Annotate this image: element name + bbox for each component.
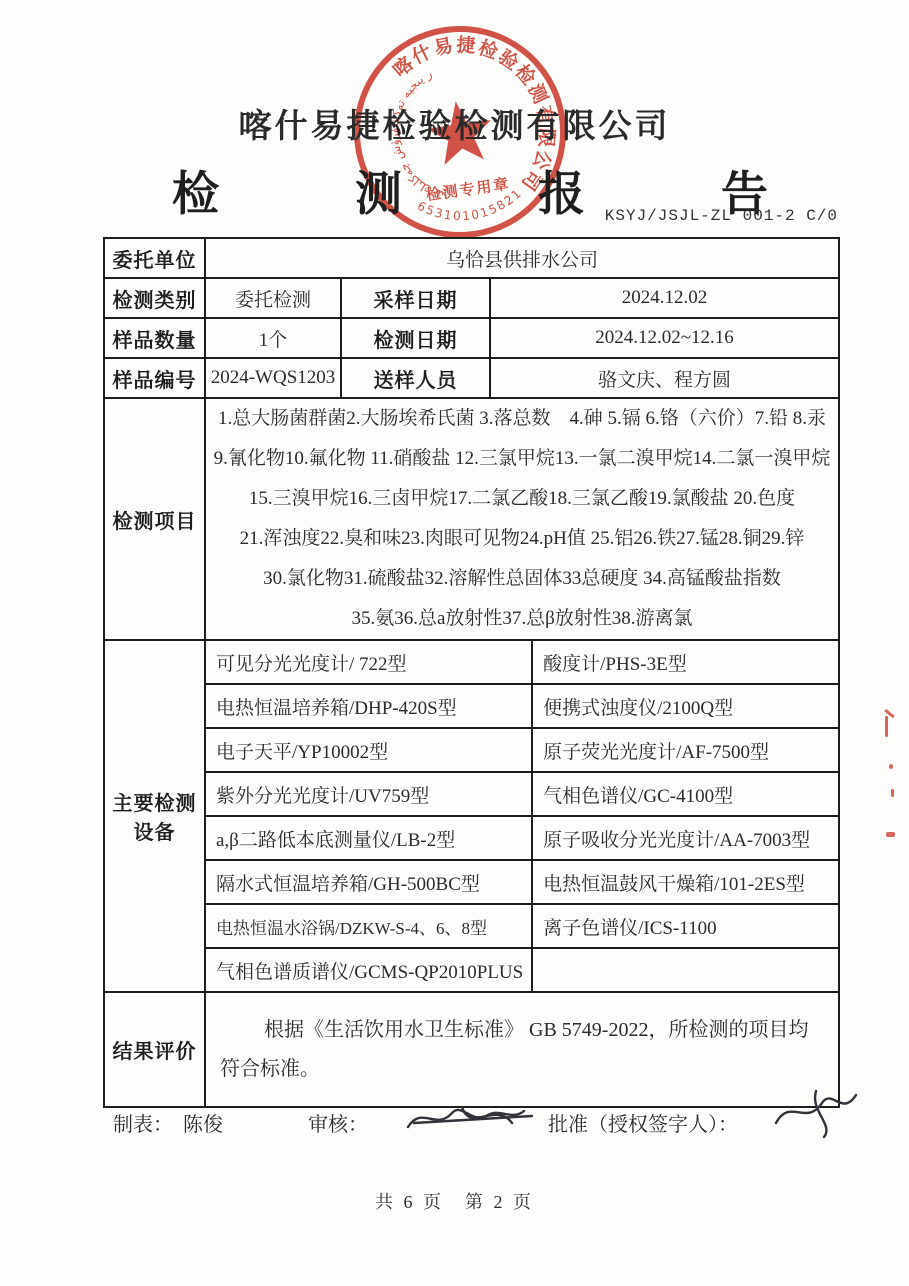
result-row: 结果评价 根据《生活饮用水卫生标准》 GB 5749-2022，所检测的项目均符…: [104, 992, 839, 1107]
sample-sender-label: 送样人员: [341, 358, 490, 398]
test-items-line: 1.总大肠菌群菌2.大肠埃希氏菌 3.落总数 4.砷 5.镉 6.铬（六价）7.…: [206, 399, 838, 439]
result-label: 结果评价: [104, 992, 205, 1107]
equipment-item: 原子吸收分光光度计/AA-7003型: [532, 816, 838, 860]
equipment-item-row: 电子天平/YP10002型 原子荧光光度计/AF-7500型: [206, 728, 838, 772]
table-row: 检测类别 委托检测 采样日期 2024.12.02: [104, 278, 839, 318]
equipment-item: 可见分光光度计/ 722型: [206, 641, 532, 684]
sample-qty-value: 1个: [205, 318, 341, 358]
test-date-label: 检测日期: [341, 318, 490, 358]
stamp-fragment: [889, 764, 893, 769]
equipment-item-row: 紫外分光光度计/UV759型 气相色谱仪/GC-4100型: [206, 772, 838, 816]
test-date-value: 2024.12.02~12.16: [490, 318, 839, 358]
result-text: 根据《生活饮用水卫生标准》 GB 5749-2022，所检测的项目均符合标准。: [206, 1011, 838, 1089]
stamp-fragment: [891, 789, 894, 797]
client-value: 乌恰县供排水公司: [205, 238, 839, 278]
test-items-cell: 1.总大肠菌群菌2.大肠埃希氏菌 3.落总数 4.砷 5.镉 6.铬（六价）7.…: [205, 398, 839, 640]
test-items-line: 21.浑浊度22.臭和味23.肉眼可见物24.pH值 25.铝26.铁27.锰2…: [206, 519, 838, 559]
equipment-item-row: 隔水式恒温培养箱/GH-500BC型 电热恒温鼓风干燥箱/101-2ES型: [206, 860, 838, 904]
equipment-label: 主要检测设备: [104, 640, 205, 992]
test-items-line: 30.氯化物31.硫酸盐32.溶解性总固体33总硬度 34.高锰酸盐指数: [206, 559, 838, 599]
equipment-item: 气相色谱质谱仪/GCMS-QP2010PLUS: [206, 948, 532, 991]
equipment-item: [532, 948, 838, 991]
equipment-item-row: a,β二路低本底测量仪/LB-2型 原子吸收分光光度计/AA-7003型: [206, 816, 838, 860]
test-items-label: 检测项目: [104, 398, 205, 640]
equipment-item: 紫外分光光度计/UV759型: [206, 772, 532, 816]
sample-sender-value: 骆文庆、程方圆: [490, 358, 839, 398]
test-type-label: 检测类别: [104, 278, 205, 318]
result-cell: 根据《生活饮用水卫生标准》 GB 5749-2022，所检测的项目均符合标准。: [205, 992, 839, 1107]
equipment-item: 气相色谱仪/GC-4100型: [532, 772, 838, 816]
sampling-date-value: 2024.12.02: [490, 278, 839, 318]
equipment-item: 电热恒温鼓风干燥箱/101-2ES型: [532, 860, 838, 904]
report-page: 喀什易捷检验检测有限公司 قەشقەر يىجيە تەكشۈرۈش چەكلى…: [0, 0, 909, 1286]
equipment-item-row: 电热恒温培养箱/DHP-420S型 便携式浊度仪/2100Q型: [206, 684, 838, 728]
company-name: 喀什易捷检验检测有限公司: [0, 100, 909, 147]
sample-no-label: 样品编号: [104, 358, 205, 398]
equipment-item: 电热恒温培养箱/DHP-420S型: [206, 684, 532, 728]
equipment-item-row: 气相色谱质谱仪/GCMS-QP2010PLUS: [206, 948, 838, 991]
stamp-fragment: [886, 832, 895, 837]
document-number: KSYJ/JSJL-ZL 001-2 C/0: [605, 207, 838, 225]
equipment-table: 可见分光光度计/ 722型 酸度计/PHS-3E型 电热恒温培养箱/DHP-42…: [206, 641, 838, 991]
test-items-line: 35.氨36.总a放射性37.总β放射性38.游离氯: [206, 599, 838, 639]
client-label: 委托单位: [104, 238, 205, 278]
maker-name: 陈俊: [183, 1108, 223, 1137]
test-type-value: 委托检测: [205, 278, 341, 318]
equipment-item: 离子色谱仪/ICS-1100: [532, 904, 838, 948]
approver-label: 批准（授权签字人）：: [548, 1108, 738, 1137]
stamp-fragment: [885, 716, 888, 737]
test-items-row: 检测项目 1.总大肠菌群菌2.大肠埃希氏菌 3.落总数 4.砷 5.镉 6.铬（…: [104, 398, 839, 640]
table-row: 样品数量 1个 检测日期 2024.12.02~12.16: [104, 318, 839, 358]
test-items-line: 15.三溴甲烷16.三卤甲烷17.二氯乙酸18.三氯乙酸19.氯酸盐 20.色度: [206, 479, 838, 519]
table-row: 委托单位 乌恰县供排水公司: [104, 238, 839, 278]
reviewer-label: 审核：: [308, 1108, 368, 1137]
equipment-item: 电子天平/YP10002型: [206, 728, 532, 772]
table-row: 样品编号 2024-WQS1203 送样人员 骆文庆、程方圆: [104, 358, 839, 398]
equipment-cell: 可见分光光度计/ 722型 酸度计/PHS-3E型 电热恒温培养箱/DHP-42…: [205, 640, 839, 992]
equipment-item: 便携式浊度仪/2100Q型: [532, 684, 838, 728]
report-title-char: 检: [172, 157, 219, 224]
equipment-item: 原子荧光光度计/AF-7500型: [532, 728, 838, 772]
sample-qty-label: 样品数量: [104, 318, 205, 358]
report-title-char: 测: [355, 157, 402, 224]
test-items-line: 9.氰化物10.氟化物 11.硝酸盐 12.三氯甲烷13.一氯二溴甲烷14.二氯…: [206, 439, 838, 479]
equipment-item-row: 电热恒温水浴锅/DZKW-S-4、6、8型 离子色谱仪/ICS-1100: [206, 904, 838, 948]
equipment-item: 酸度计/PHS-3E型: [532, 641, 838, 684]
sample-no-value: 2024-WQS1203: [205, 358, 341, 398]
page-footer: 共 6 页 第 2 页: [0, 1188, 909, 1214]
equipment-item-row: 可见分光光度计/ 722型 酸度计/PHS-3E型: [206, 641, 838, 684]
maker-label: 制表：: [113, 1108, 173, 1137]
report-title-char: 报: [538, 157, 585, 224]
equipment-item: a,β二路低本底测量仪/LB-2型: [206, 816, 532, 860]
equipment-item: 隔水式恒温培养箱/GH-500BC型: [206, 860, 532, 904]
reviewer-signature: [400, 1095, 550, 1145]
equipment-row: 主要检测设备 可见分光光度计/ 722型 酸度计/PHS-3E型 电热恒温培养箱…: [104, 640, 839, 992]
sampling-date-label: 采样日期: [341, 278, 490, 318]
equipment-item: 电热恒温水浴锅/DZKW-S-4、6、8型: [206, 904, 532, 948]
approver-signature: [768, 1083, 863, 1141]
report-table: 委托单位 乌恰县供排水公司 检测类别 委托检测 采样日期 2024.12.02 …: [103, 237, 840, 1108]
